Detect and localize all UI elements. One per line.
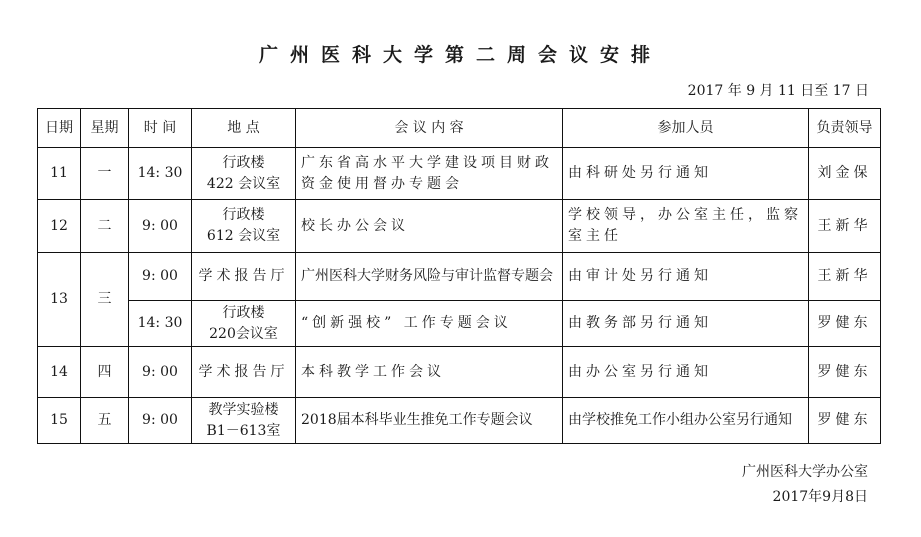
cell-attendees: 由科研处另行通知 <box>563 148 809 200</box>
cell-date: 14 <box>38 347 81 398</box>
cell-time: 14: 30 <box>129 301 192 347</box>
cell-attendees: 由办公室另行通知 <box>563 347 809 398</box>
cell-leader: 王新华 <box>809 253 881 301</box>
date-range: 2017 年 9 月 11 日至 17 日 <box>688 80 869 100</box>
location-building: 行政楼 <box>197 205 290 226</box>
cell-leader: 罗健东 <box>809 301 881 347</box>
header-date: 日期 <box>38 109 81 148</box>
cell-content: 广州医科大学财务风险与审计监督专题会 <box>296 253 563 301</box>
cell-content: 广东省高水平大学建设项目财政资金使用督办专题会 <box>296 148 563 200</box>
cell-leader: 罗健东 <box>809 347 881 398</box>
cell-date: 11 <box>38 148 81 200</box>
cell-leader: 刘金保 <box>809 148 881 200</box>
cell-leader: 王新华 <box>809 200 881 253</box>
cell-date: 13 <box>38 253 81 347</box>
issue-date: 2017年9月8日 <box>742 485 868 510</box>
cell-location: 教学实验楼B1－613室 <box>192 398 296 444</box>
location-room: 612 会议室 <box>197 226 290 247</box>
table-row: 14 四 9: 00 学术报告厅 本科教学工作会议 由办公室另行通知 罗健东 <box>38 347 881 398</box>
location-building: 教学实验楼 <box>197 400 290 421</box>
table-row: 12 二 9: 00 行政楼612 会议室 校长办公会议 学校领导，办公室主任，… <box>38 200 881 253</box>
cell-weekday: 二 <box>81 200 129 253</box>
header-time: 时 间 <box>129 109 192 148</box>
cell-time: 9: 00 <box>129 347 192 398</box>
cell-time: 14: 30 <box>129 148 192 200</box>
cell-content: 2018届本科毕业生推免工作专题会议 <box>296 398 563 444</box>
cell-content: “创新强校” 工作专题会议 <box>296 301 563 347</box>
meeting-schedule-table: 日期 星期 时 间 地 点 会 议 内 容 参加人员 负责领导 11 一 14:… <box>37 108 881 444</box>
header-content: 会 议 内 容 <box>296 109 563 148</box>
cell-location: 行政楼220会议室 <box>192 301 296 347</box>
table-row: 14: 30 行政楼220会议室 “创新强校” 工作专题会议 由教务部另行通知 … <box>38 301 881 347</box>
header-attendees: 参加人员 <box>563 109 809 148</box>
table-header-row: 日期 星期 时 间 地 点 会 议 内 容 参加人员 负责领导 <box>38 109 881 148</box>
cell-attendees: 由教务部另行通知 <box>563 301 809 347</box>
header-location: 地 点 <box>192 109 296 148</box>
table-row: 11 一 14: 30 行政楼422 会议室 广东省高水平大学建设项目财政资金使… <box>38 148 881 200</box>
location-building: 行政楼 <box>197 303 290 324</box>
location-room: B1－613室 <box>197 421 290 442</box>
cell-time: 9: 00 <box>129 398 192 444</box>
cell-time: 9: 00 <box>129 200 192 253</box>
cell-attendees: 由审计处另行通知 <box>563 253 809 301</box>
document-title: 广州医科大学第二周会议安排 <box>0 40 921 67</box>
cell-weekday: 四 <box>81 347 129 398</box>
location-building: 行政楼 <box>197 153 290 174</box>
document-footer: 广州医科大学办公室 2017年9月8日 <box>742 460 868 510</box>
cell-location: 学术报告厅 <box>192 253 296 301</box>
cell-weekday: 一 <box>81 148 129 200</box>
cell-weekday: 三 <box>81 253 129 347</box>
cell-attendees: 学校领导，办公室主任，监察室主任 <box>563 200 809 253</box>
table-row: 13 三 9: 00 学术报告厅 广州医科大学财务风险与审计监督专题会 由审计处… <box>38 253 881 301</box>
cell-date: 12 <box>38 200 81 253</box>
header-weekday: 星期 <box>81 109 129 148</box>
issuer: 广州医科大学办公室 <box>742 460 868 485</box>
cell-time: 9: 00 <box>129 253 192 301</box>
cell-location: 行政楼612 会议室 <box>192 200 296 253</box>
cell-location: 行政楼422 会议室 <box>192 148 296 200</box>
location-room: 422 会议室 <box>197 174 290 195</box>
cell-location: 学术报告厅 <box>192 347 296 398</box>
cell-attendees: 由学校推免工作小组办公室另行通知 <box>563 398 809 444</box>
table-row: 15 五 9: 00 教学实验楼B1－613室 2018届本科毕业生推免工作专题… <box>38 398 881 444</box>
location-room: 220会议室 <box>197 324 290 345</box>
cell-leader: 罗健东 <box>809 398 881 444</box>
cell-weekday: 五 <box>81 398 129 444</box>
cell-date: 15 <box>38 398 81 444</box>
cell-content: 本科教学工作会议 <box>296 347 563 398</box>
cell-content: 校长办公会议 <box>296 200 563 253</box>
header-leader: 负责领导 <box>809 109 881 148</box>
